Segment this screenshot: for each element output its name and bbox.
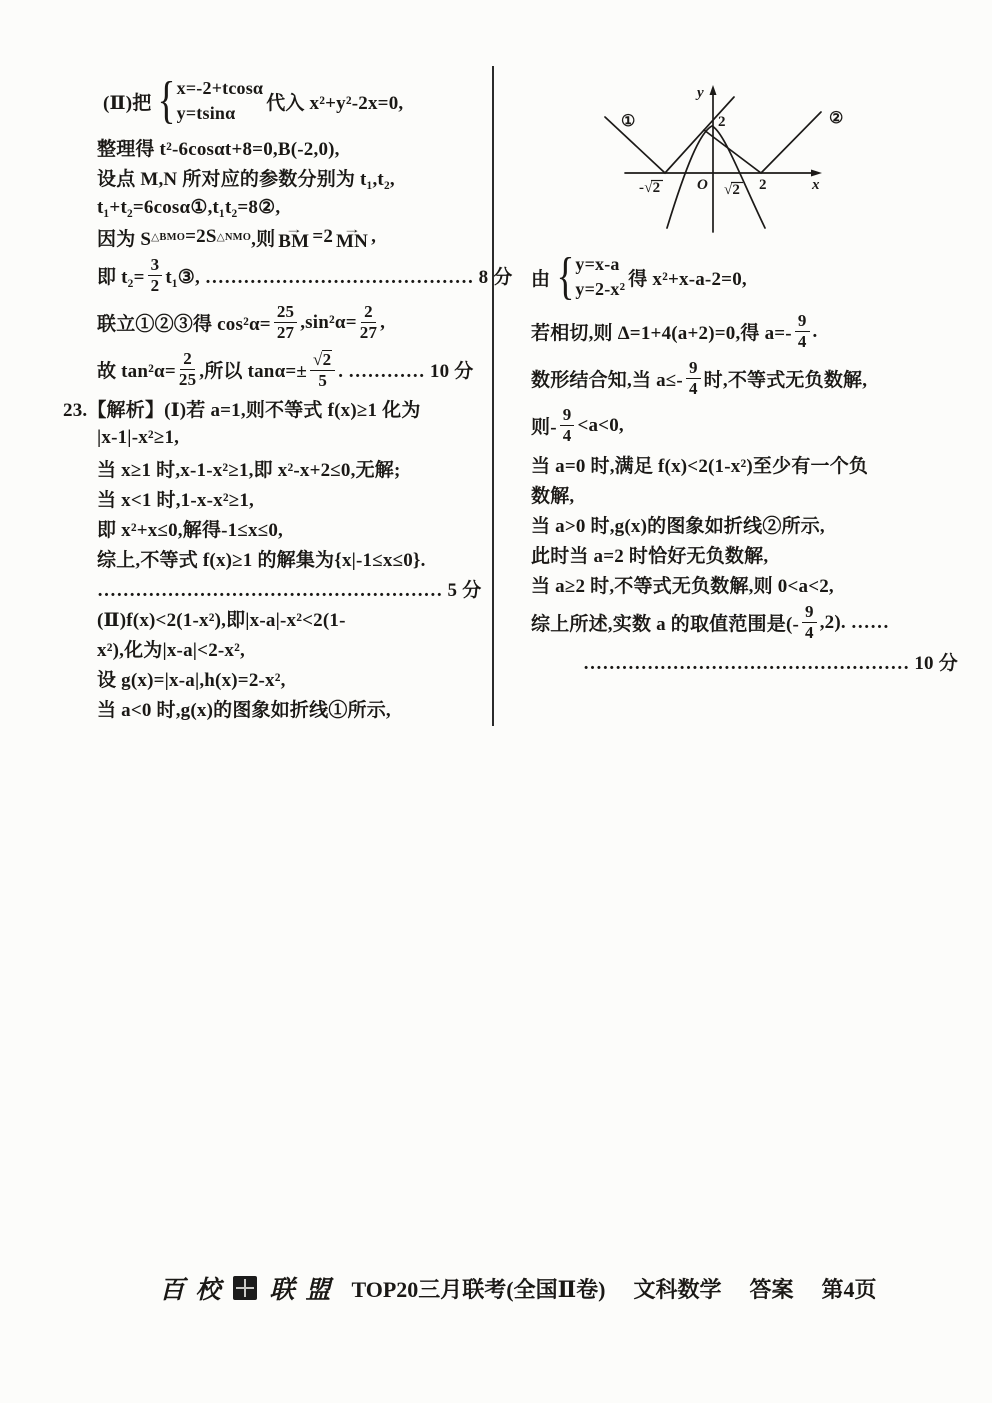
- footer-subject: 文科数学: [634, 1273, 722, 1304]
- fraction: 94: [560, 406, 575, 445]
- text-run: 即 x²+x≤0,解得-1≤x≤0,: [97, 515, 283, 542]
- text-run: 当 a>0 时,g(x)的图象如折线②所示,: [531, 511, 825, 538]
- fraction: 225: [179, 350, 196, 389]
- text-line: 综上所述,实数 a 的取值范围是(-94,2). ……: [531, 599, 977, 646]
- text-line: 综上,不等式 f(x)≥1 的解集为{x|-1≤x≤0}.: [63, 543, 477, 573]
- text-line: 设点 M,N 所对应的参数分别为 t₁,t₂,: [63, 162, 477, 192]
- text-run: =2: [312, 226, 333, 248]
- text-run: 综上,不等式 f(x)≥1 的解集为{x|-1≤x≤0}.: [97, 545, 426, 572]
- curve1-badge: ①: [621, 113, 636, 130]
- text-line: 当 a>0 时,g(x)的图象如折线②所示,: [531, 509, 977, 539]
- text-run: ,则: [251, 224, 275, 251]
- text-run: 当 a<0 时,g(x)的图象如折线①所示,: [97, 695, 391, 722]
- vector-overarrow: →MN: [336, 223, 368, 251]
- text-line: …………………………………………… 10 分: [531, 646, 977, 676]
- fraction: 227: [360, 303, 377, 342]
- text-run: 故 tan²α=: [97, 356, 176, 383]
- text-run: ,所以 tanα=±: [199, 356, 307, 383]
- text-run: 设点 M,N 所对应的参数分别为 t₁,t₂,: [97, 164, 395, 191]
- footer: 百校 联盟 TOP20三月联考(全国Ⅱ卷) 文科数学 答案 第4页: [22, 1270, 992, 1306]
- text-run: ,2). ……: [820, 612, 889, 634]
- cases-system: {y=x-ay=2-x²: [553, 254, 625, 300]
- text-line: 此时当 a=2 时恰好无负数解,: [531, 539, 977, 569]
- text-line: 若相切,则 Δ=1+4(a+2)=0,得 a=-94.: [531, 308, 977, 355]
- tick-neg-sqrt2: -√2: [639, 180, 660, 196]
- x-axis-arrow: [811, 170, 822, 177]
- text-run: 即 t₂=: [97, 262, 145, 289]
- text-line: 则-94<a<0,: [531, 402, 977, 449]
- x-axis-label: x: [811, 177, 820, 193]
- text-run: (Ⅱ)把: [103, 88, 151, 115]
- text-run: 联立①②③得 cos²α=: [97, 309, 271, 336]
- vshape-1: [605, 97, 734, 173]
- text-run: 得 x²+x-a-2=0,: [628, 264, 747, 291]
- parabola-curve: [667, 126, 765, 228]
- text-line: ……………………………………………… 5 分: [63, 573, 477, 603]
- right-column: y x O 2 -√2 √2 2 ① ② 由{y=x-ay=2-x²得 x²+x…: [531, 56, 977, 676]
- text-run: t₁③, …………………………………… 8 分: [165, 262, 512, 289]
- text-line: 当 a<0 时,g(x)的图象如折线①所示,: [63, 693, 477, 723]
- text-run: ,: [380, 312, 385, 334]
- text-run: 此时当 a=2 时恰好无负数解,: [531, 541, 768, 568]
- text-line: 即 x²+x≤0,解得-1≤x≤0,: [63, 513, 477, 543]
- origin-label: O: [697, 177, 708, 193]
- fraction: 94: [802, 603, 817, 642]
- text-line: 当 x<1 时,1-x-x²≥1,: [63, 483, 477, 513]
- fraction: 2527: [274, 303, 297, 342]
- text-run: 当 a=0 时,满足 f(x)<2(1-x²)至少有一个负: [531, 451, 868, 478]
- tick-sqrt2: √2: [724, 182, 740, 198]
- text-run: 设 g(x)=|x-a|,h(x)=2-x²,: [97, 665, 286, 692]
- right-column-text: 由{y=x-ay=2-x²得 x²+x-a-2=0,若相切,则 Δ=1+4(a+…: [531, 246, 977, 676]
- text-run: ,sin²α=: [300, 312, 357, 334]
- text-run: t₁+t₂=6cosα①,t₁t₂=8②,: [97, 196, 280, 219]
- footer-page-number: 第4页: [822, 1273, 877, 1304]
- text-line: 数解,: [531, 479, 977, 509]
- text-run: . ………… 10 分: [338, 356, 473, 383]
- text-run: 数解,: [531, 481, 574, 508]
- peak-value-label: 2: [718, 114, 726, 130]
- cases-system: {x=-2+tcosαy=tsinα: [154, 78, 263, 124]
- text-run: .: [813, 321, 818, 343]
- y-axis-arrow: [710, 85, 717, 95]
- text-run: 则-: [531, 412, 557, 439]
- footer-logo-right: 联盟: [269, 1270, 341, 1306]
- fraction-sqrt: √25: [310, 350, 335, 390]
- footer-logo-left: 百校: [159, 1270, 231, 1306]
- figure-graph: y x O 2 -√2 √2 2 ① ②: [583, 60, 919, 242]
- text-run: <a<0,: [577, 415, 623, 437]
- text-line: 当 a≥2 时,不等式无负数解,则 0<a<2,: [531, 569, 977, 599]
- text-run: (Ⅱ)f(x)<2(1-x²),即|x-a|-x²<2(1-: [97, 605, 346, 632]
- subscript: △NMO: [217, 231, 252, 243]
- text-line: 故 tan²α=225,所以 tanα=±√25. ………… 10 分: [63, 346, 477, 393]
- text-line: 整理得 t²-6cosαt+8=0,B(-2,0),: [63, 132, 477, 162]
- text-line: 当 a=0 时,满足 f(x)<2(1-x²)至少有一个负: [531, 449, 977, 479]
- text-run: …………………………………………… 10 分: [583, 648, 958, 675]
- text-line: x²),化为|x-a|<2-x²,: [63, 633, 477, 663]
- y-axis-label: y: [695, 85, 704, 101]
- text-run: 23.【解析】(Ⅰ)若 a=1,则不等式 f(x)≥1 化为: [63, 395, 421, 422]
- fraction: 94: [795, 312, 810, 351]
- text-line: 数形结合知,当 a≤-94时,不等式无负数解,: [531, 355, 977, 402]
- text-line: (Ⅱ)f(x)<2(1-x²),即|x-a|-x²<2(1-: [63, 603, 477, 633]
- tick-two: 2: [759, 177, 767, 193]
- footer-exam-title: TOP20三月联考(全国Ⅱ卷): [351, 1273, 605, 1304]
- text-line: 23.【解析】(Ⅰ)若 a=1,则不等式 f(x)≥1 化为: [63, 393, 477, 423]
- text-run: 整理得 t²-6cosαt+8=0,B(-2,0),: [97, 134, 340, 161]
- figure-svg: y x O 2 -√2 √2 2 ① ②: [583, 60, 919, 242]
- text-run: 因为 S: [97, 224, 151, 251]
- column-divider: [492, 66, 494, 726]
- exam-answer-page: (Ⅱ)把{x=-2+tcosαy=tsinα代入 x²+y²-2x=0,整理得 …: [0, 0, 992, 1403]
- text-line: (Ⅱ)把{x=-2+tcosαy=tsinα代入 x²+y²-2x=0,: [63, 70, 477, 132]
- text-run: x²),化为|x-a|<2-x²,: [97, 635, 245, 662]
- subscript: △BMO: [151, 231, 185, 243]
- left-column: (Ⅱ)把{x=-2+tcosαy=tsinα代入 x²+y²-2x=0,整理得 …: [63, 70, 477, 723]
- text-line: 设 g(x)=|x-a|,h(x)=2-x²,: [63, 663, 477, 693]
- text-run: 当 x≥1 时,x-1-x²≥1,即 x²-x+2≤0,无解;: [97, 455, 401, 482]
- text-run: 代入 x²+y²-2x=0,: [266, 88, 403, 115]
- text-line: 即 t₂=32t₁③, …………………………………… 8 分: [63, 252, 477, 299]
- text-run: 综上所述,实数 a 的取值范围是(-: [531, 609, 799, 636]
- text-run: 当 x<1 时,1-x-x²≥1,: [97, 485, 254, 512]
- text-run: |x-1|-x²≥1,: [97, 427, 179, 449]
- text-line: t₁+t₂=6cosα①,t₁t₂=8②,: [63, 192, 477, 222]
- text-run: 时,不等式无负数解,: [704, 365, 868, 392]
- text-line: 当 x≥1 时,x-1-x²≥1,即 x²-x+2≤0,无解;: [63, 453, 477, 483]
- text-line: 因为 S△BMO=2S△NMO,则→BM=2→MN,: [63, 222, 477, 252]
- text-run: 由: [531, 264, 550, 291]
- footer-section: 答案: [750, 1273, 794, 1304]
- fraction: 32: [148, 256, 163, 295]
- text-run: =2S: [185, 226, 217, 248]
- text-line: |x-1|-x²≥1,: [63, 423, 477, 453]
- text-run: ……………………………………………… 5 分: [97, 575, 481, 602]
- text-run: 当 a≥2 时,不等式无负数解,则 0<a<2,: [531, 571, 834, 598]
- curve2-badge: ②: [829, 110, 844, 127]
- text-line: 联立①②③得 cos²α=2527,sin²α=227,: [63, 299, 477, 346]
- text-run: ,: [371, 226, 376, 248]
- text-run: 数形结合知,当 a≤-: [531, 365, 683, 392]
- vector-overarrow: →BM: [278, 223, 309, 251]
- fraction: 94: [686, 359, 701, 398]
- footer-seal-icon: [233, 1276, 257, 1300]
- text-run: 若相切,则 Δ=1+4(a+2)=0,得 a=-: [531, 318, 792, 345]
- text-line: 由{y=x-ay=2-x²得 x²+x-a-2=0,: [531, 246, 977, 308]
